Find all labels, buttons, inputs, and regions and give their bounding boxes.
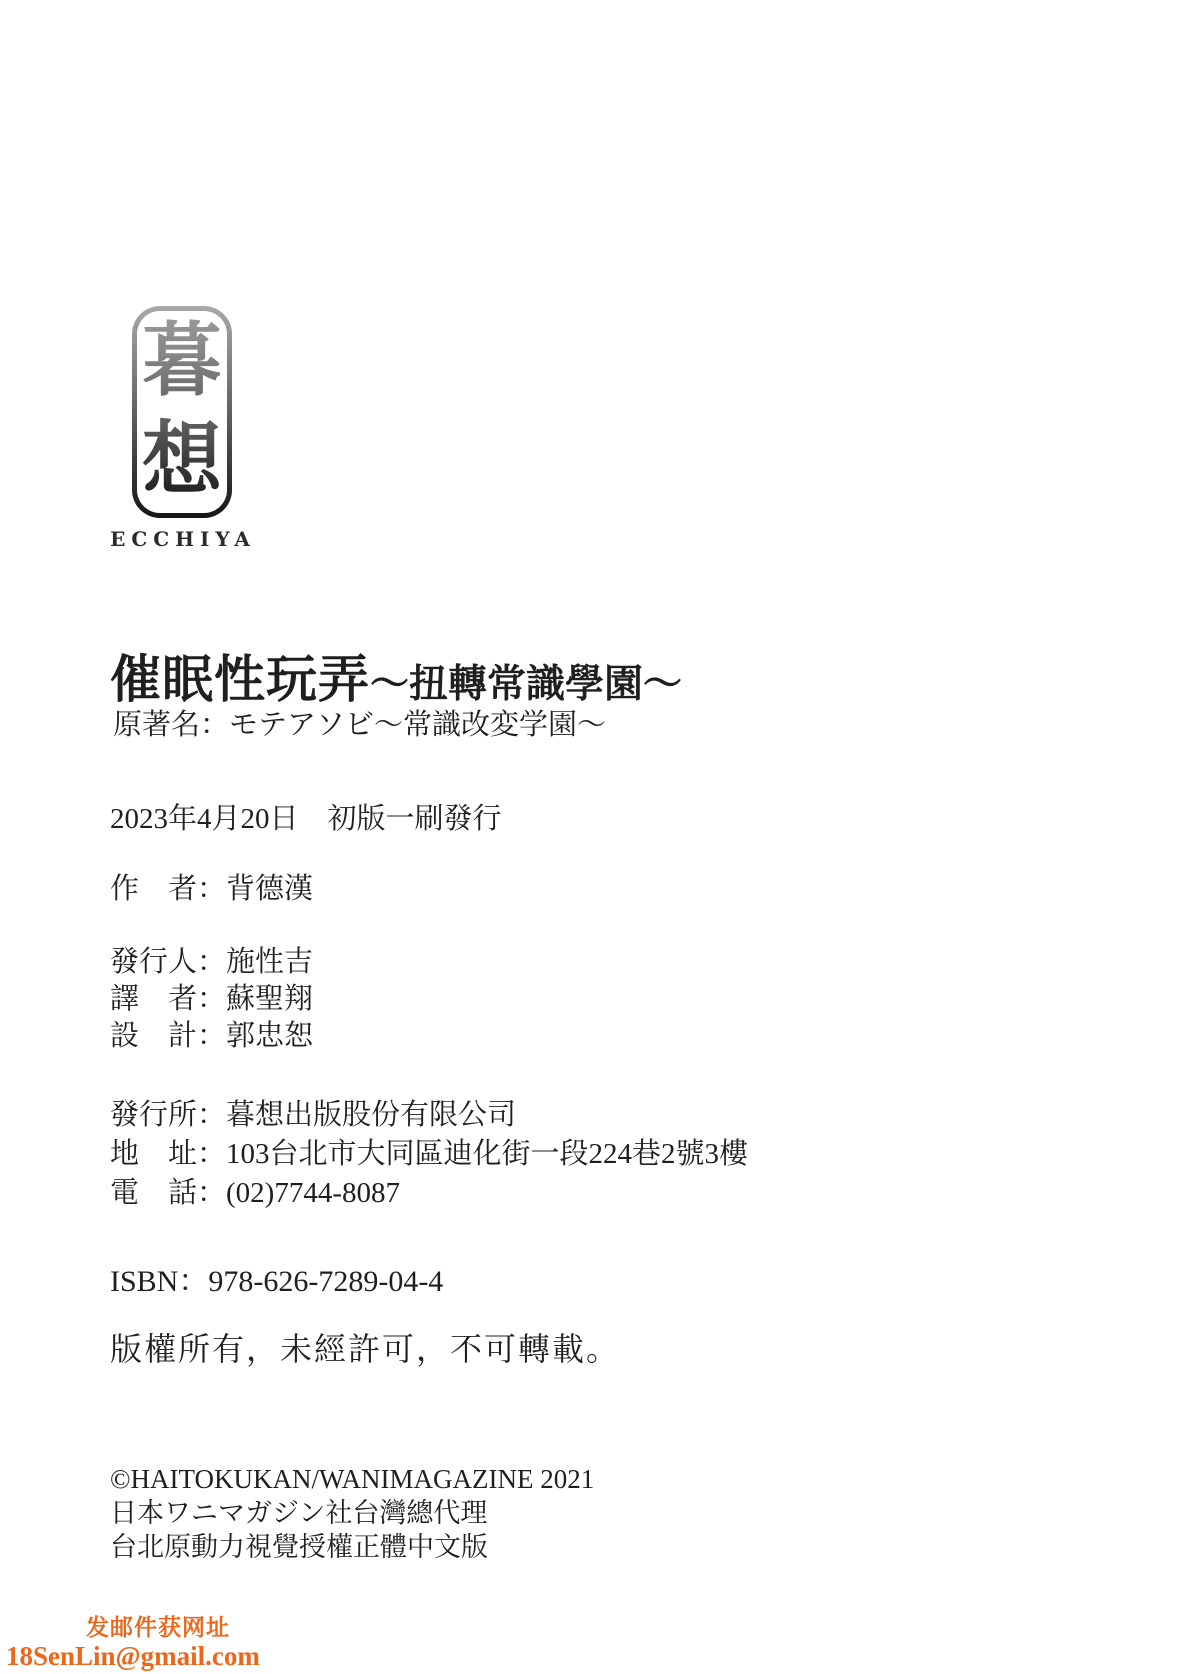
credit-publisher: 發行所：暮想出版股份有限公司 [110,1096,748,1135]
copyright-notice: 版權所有，未經許可，不可轉載。 [110,1324,620,1370]
publisher-logo-caption: ECCHIYA [110,527,256,551]
license-agency-line: 日本ワニマガジン社台灣總代理 [110,1496,594,1530]
credit-designer: 設 計：郭忠恕 [110,1018,313,1055]
isbn-line: ISBN：978-626-7289-04-4 [110,1256,443,1300]
seal-character-top: 暮 [142,315,222,409]
publisher-seal-inner: 暮 想 [137,311,227,513]
watermark-email: 18SenLin@gmail.com [6,1642,230,1670]
credit-author: 作 者：背德漢 [110,866,313,907]
edition-date-line: 2023年4月20日 初版一刷發行 [110,796,502,837]
license-copyright-line: ©HAITOKUKAN/WANIMAGAZINE 2021 [110,1462,594,1496]
book-title: 催眠性玩弄～扭轉常識學園～ [110,638,682,712]
watermark-text: 发邮件获网址 [6,1614,230,1642]
credit-issuer: 發行人：施性吉 [110,944,313,981]
original-title-line: 原著名：モテアソビ～常識改変学園～ [113,702,606,743]
watermark: 发邮件获网址 18SenLin@gmail.com [6,1614,230,1670]
book-title-suffix: ～扭轉常識學園～ [370,653,682,709]
publisher-info-block: 發行所：暮想出版股份有限公司 地 址：103台北市大同區迪化街一段224巷2號3… [110,1096,748,1213]
license-edition-line: 台北原動力視覺授權正體中文版 [110,1530,594,1564]
publisher-address: 地 址：103台北市大同區迪化街一段224巷2號3樓 [110,1135,748,1174]
publisher-seal-logo: 暮 想 [132,306,232,518]
staff-credits-block: 發行人：施性吉 譯 者：蘇聖翔 設 計：郭忠恕 [110,944,313,1055]
publisher-seal-characters: 暮 想 [142,311,222,513]
publisher-phone: 電 話：(02)7744-8087 [110,1174,748,1213]
seal-character-bottom: 想 [142,414,222,508]
book-title-main: 催眠性玩弄 [110,638,370,712]
license-block: ©HAITOKUKAN/WANIMAGAZINE 2021 日本ワニマガジン社台… [110,1462,594,1564]
credit-translator: 譯 者：蘇聖翔 [110,981,313,1018]
